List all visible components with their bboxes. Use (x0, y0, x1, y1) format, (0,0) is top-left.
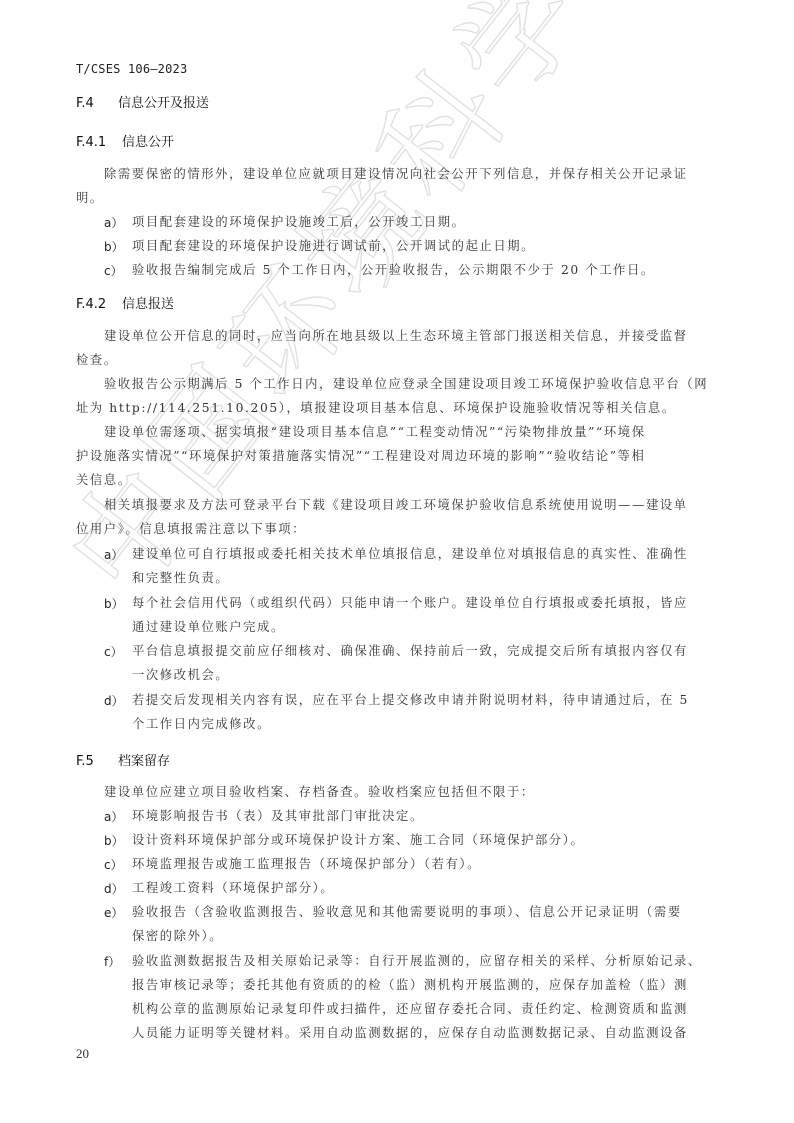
paragraph-line: 建设单位应建立项目验收档案、存档备查。验收档案应包括但不限于： (104, 784, 535, 800)
list-item-text: 一次修改机会。 (132, 667, 229, 683)
section-heading-f4: F.4信息公开及报送 (76, 92, 209, 111)
list-item-text: 工程竣工资料（环境保护部分）。 (132, 880, 334, 896)
list-item-label: a） (104, 546, 123, 563)
page-number: 20 (76, 1046, 89, 1062)
section-title: 信息报送 (122, 297, 174, 312)
section-heading-f5: F.5档案留存 (76, 750, 170, 769)
section-number: F.5 (76, 754, 118, 769)
paragraph-line: 验收报告公示期满后 5 个工作日内，建设单位应登录全国建设项目竣工环境保护验收信… (104, 376, 708, 392)
section-number: F.4.2 (76, 297, 122, 312)
list-item-label: c） (104, 262, 123, 279)
paragraph-line: 关信息。 (76, 472, 132, 488)
list-item-label: b） (104, 595, 124, 612)
paragraph-line: 建设单位公开信息的同时，应当向所在地县级以上生态环境主管部门报送相关信息，并接受… (104, 328, 688, 344)
paragraph-line: 明。 (76, 190, 104, 206)
list-item-label: c） (104, 643, 123, 660)
list-item-text: 若提交后发现相关内容有误，应在平台上提交修改申请并附说明材料，待申请通过后，在 … (132, 692, 689, 708)
section-title: 档案留存 (118, 754, 170, 769)
document-code: T/CSES 106—2023 (76, 62, 187, 76)
list-item-text: 项目配套建设的环境保护设施进行调试前，公开调试的起止日期。 (132, 238, 535, 254)
list-item-label: b） (104, 238, 124, 255)
list-item-text: 项目配套建设的环境保护设施竣工后，公开竣工日期。 (132, 214, 466, 230)
list-item-text: 通过建设单位账户完成。 (132, 619, 285, 635)
paragraph-line: 相关填报要求及方法可登录平台下载《建设项目竣工环境保护验收信息系统使用说明——建… (104, 497, 688, 513)
section-number: F.4.1 (76, 135, 122, 150)
list-item-text: 保密的除外）。 (132, 928, 223, 944)
paragraph-line: 址为 http://114.251.10.205），填报建设项目基本信息、环境保… (76, 400, 676, 416)
list-item-text: 验收报告（含验收监测报告、验收意见和其他需要说明的事项）、信息公开记录证明（需要 (132, 904, 682, 920)
list-item-text: 环境影响报告书（表）及其审批部门审批决定。 (132, 808, 424, 824)
list-item-text: 和完整性负责。 (132, 570, 229, 586)
paragraph-line: 检查。 (76, 352, 118, 368)
list-item-text: 环境监理报告或施工监理报告（环境保护部分）（若有）。 (132, 856, 481, 872)
section-number: F.4 (76, 96, 118, 111)
list-item-label: f） (104, 953, 120, 970)
section-heading-f42: F.4.2信息报送 (76, 293, 174, 312)
list-item-text: 每个社会信用代码（或组织代码）只能申请一个账户。建设单位自行填报或委托填报，皆应 (132, 595, 688, 611)
list-item-label: a） (104, 214, 123, 231)
paragraph-line: 除需要保密的情形外，建设单位应就项目建设情况向社会公开下列信息，并保存相关公开记… (104, 166, 688, 182)
list-item-label: b） (104, 832, 124, 849)
list-item-text: 建设单位可自行填报或委托相关技术单位填报信息，建设单位对填报信息的真实性、准确性 (132, 546, 688, 562)
paragraph-line: 位用户》。信息填报需注意以下事项： (76, 521, 306, 537)
list-item-text: 验收报告编制完成后 5 个工作日内，公开验收报告，公示期限不少于 20 个工作日… (132, 262, 655, 278)
list-item-text: 人员能力证明等关键材料。采用自动监测数据的，应保存自动监测数据记录、自动监测设备 (132, 1025, 688, 1041)
list-item-text: 个工作日内完成修改。 (132, 716, 271, 732)
list-item-label: e） (104, 904, 123, 921)
document-page: 中国环境科学学会标准 T/CSES 106—2023 F.4信息公开及报送 F.… (0, 0, 794, 1123)
list-item-text: 设计资料环境保护部分或环境保护设计方案、施工合同（环境保护部分）。 (132, 832, 584, 848)
list-item-label: d） (104, 880, 124, 897)
list-item-text: 平台信息填报提交前应仔细核对、确保准确、保持前后一致，完成提交后所有填报内容仅有 (132, 643, 688, 659)
list-item-text: 报告审核记录等；委托其他有资质的的检（监）测机构开展监测的，应保存加盖检（监）测 (132, 977, 688, 993)
list-item-label: c） (104, 856, 123, 873)
list-item-label: a） (104, 808, 123, 825)
list-item-text: 机构公章的监测原始记录复印件或扫描件，还应留存委托合同、责任约定、检测资质和监测 (132, 1001, 688, 1017)
paragraph-line: 建设单位需逐项、据实填报“建设项目基本信息”“工程变动情况”“污染物排放量”“环… (104, 424, 646, 440)
list-item-text: 验收监测数据报告及相关原始记录等：自行开展监测的，应留存相关的采样、分析原始记录… (132, 953, 702, 969)
section-title: 信息公开及报送 (118, 96, 209, 111)
list-item-label: d） (104, 692, 124, 709)
section-heading-f41: F.4.1信息公开 (76, 131, 174, 150)
paragraph-line: 护设施落实情况”“环境保护对策措施落实情况”“工程建设对周边环境的影响”“验收结… (76, 448, 645, 464)
section-title: 信息公开 (122, 135, 174, 150)
